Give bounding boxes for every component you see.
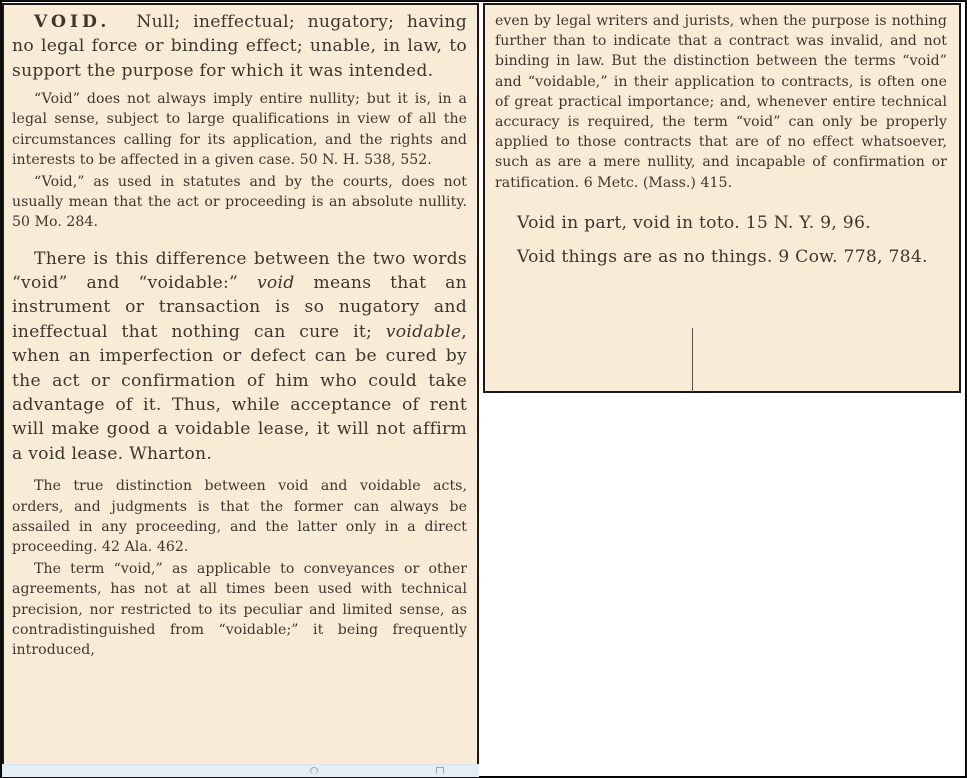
bottom-toolbar-strip: [2, 764, 479, 777]
paragraph-term-void: The term “void,” as applicable to convey…: [12, 559, 467, 660]
paragraph-statutes: “Void,” as used in statutes and by the c…: [12, 172, 467, 233]
difference-text-3: , when an imperfection or defect can be …: [12, 322, 467, 464]
paragraph-nullity: “Void” does not always imply entire null…: [12, 89, 467, 170]
maxim-void-in-part: Void in part, void in toto. 15 N. Y. 9, …: [495, 211, 947, 235]
entry-definition: VOID.Null; ineffectual; nugatory; having…: [12, 10, 467, 83]
paragraph-continued: even by legal writers and jurists, when …: [495, 11, 947, 193]
text-cursor-line: [692, 328, 693, 392]
headword: VOID.: [34, 12, 110, 32]
strip-circle-icon: [310, 767, 318, 774]
strip-square-icon: [436, 767, 444, 774]
maxim-void-things: Void things are as no things. 9 Cow. 778…: [495, 245, 947, 269]
paragraph-difference: There is this difference between the two…: [12, 247, 467, 467]
term-void-italic: void: [257, 273, 295, 293]
right-column-panel: even by legal writers and jurists, when …: [483, 3, 961, 393]
left-column-panel: VOID.Null; ineffectual; nugatory; having…: [2, 3, 479, 776]
paragraph-true-distinction: The true distinction between void and vo…: [12, 476, 467, 557]
term-voidable-italic: voidable: [386, 322, 461, 342]
